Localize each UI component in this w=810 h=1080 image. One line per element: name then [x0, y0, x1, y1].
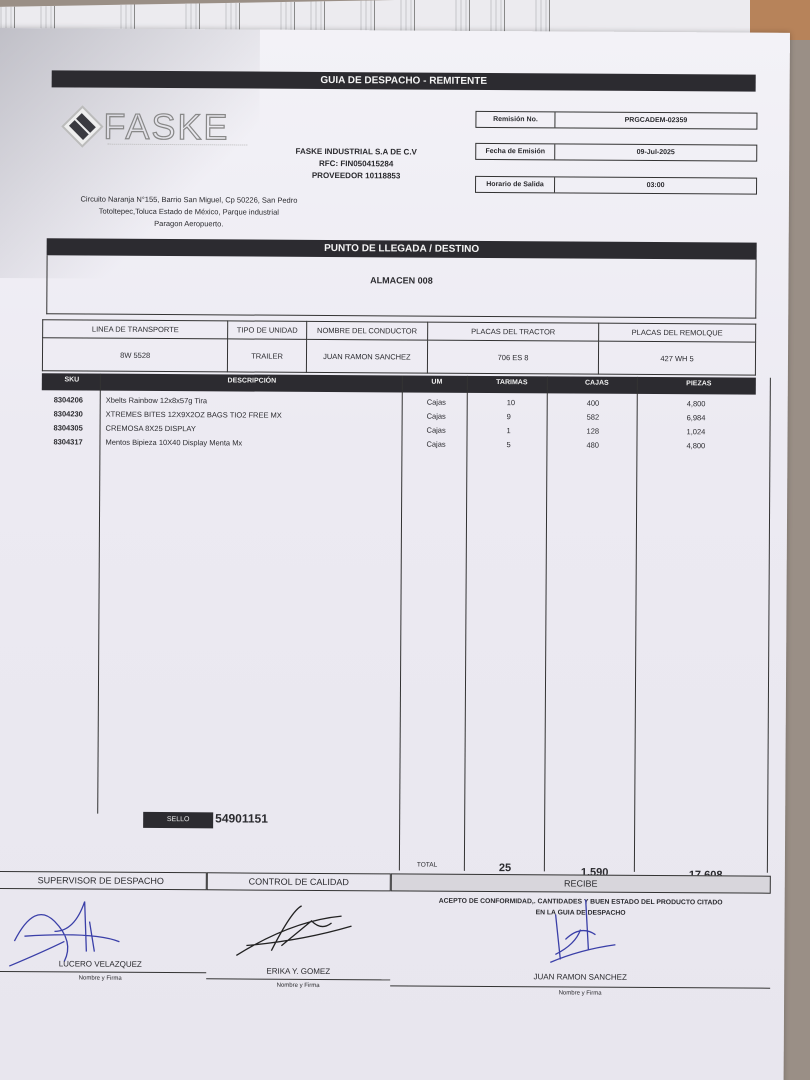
cell-cajas: 400	[587, 399, 600, 408]
cell-um: Cajas	[427, 412, 446, 421]
company-rfc: RFC: FIN050415284	[281, 158, 431, 171]
cell-um: Cajas	[426, 440, 445, 449]
remision-field: Remisión No. PRGCADEM-02359	[475, 111, 757, 130]
cell-desc: CREMOSA 8X25 DISPLAY	[106, 424, 196, 434]
cell-sku: 8304230	[54, 409, 83, 418]
cell-cajas: 480	[586, 441, 599, 450]
transport-header-tractor: PLACAS DEL TRACTOR	[428, 322, 599, 341]
cell-piezas: 6,984	[687, 413, 706, 422]
cell-desc: XTREMES BITES 12X9X2OZ BAGS TIO2 FREE MX	[106, 410, 282, 420]
cell-piezas: 4,800	[686, 441, 705, 450]
transport-remolque: 427 WH 5	[599, 341, 756, 375]
signature-supervisor: SUPERVISOR DE DESPACHO LUCERO VELAZQUEZ …	[0, 871, 207, 992]
cell-tarimas: 9	[507, 412, 511, 421]
company-proveedor: PROVEEDOR 10118853	[281, 170, 431, 183]
cell-cajas: 582	[587, 413, 600, 422]
cell-tarimas: 5	[506, 440, 510, 449]
destination-box: ALMACEN 008	[46, 255, 756, 318]
cell-cajas: 128	[587, 427, 600, 436]
items-table: SKU DESCRIPCIÓN UM TARIMAS CAJAS PIEZAS …	[39, 373, 771, 872]
company-logo: FASKE	[59, 103, 259, 154]
transport-header-linea: LINEA DE TRANSPORTE	[43, 320, 228, 339]
cell-desc: Xbelts Rainbow 12x8x57g Tira	[106, 396, 207, 406]
horario-salida-field: Horario de Salida 03:00	[475, 176, 757, 195]
cell-desc: Mentos Bipieza 10X40 Display Menta Mx	[105, 438, 242, 448]
cell-um: Cajas	[427, 398, 446, 407]
company-name: FASKE INDUSTRIAL S.A DE C.V	[281, 146, 431, 159]
cell-tarimas: 1	[507, 426, 511, 435]
total-tarimas: 25	[499, 862, 511, 874]
fecha-emision-field: Fecha de Emisión 09-Jul-2025	[475, 143, 757, 162]
destination-value: ALMACEN 008	[47, 273, 755, 287]
sello-label: SELLO	[143, 812, 213, 828]
cell-um: Cajas	[427, 426, 446, 435]
dispatch-guide-page: GUIA DE DESPACHO - REMITENTE FASKE FASKE…	[0, 28, 790, 1080]
transport-table: LINEA DE TRANSPORTE TIPO DE UNIDAD NOMBR…	[42, 319, 756, 375]
cell-sku: 8304317	[53, 437, 82, 446]
cell-sku: 8304305	[54, 423, 83, 432]
signature-quality: CONTROL DE CALIDAD ERIKA Y. GOMEZ Nombre…	[206, 872, 391, 993]
signature-receiver: RECIBE ACEPTO DE CONFORMIDAD,. CANTIDADE…	[390, 873, 771, 995]
transport-linea: 8W 5528	[42, 338, 228, 372]
transport-tipo: TRAILER	[228, 339, 307, 372]
items-header: SKU DESCRIPCIÓN UM TARIMAS CAJAS PIEZAS	[42, 373, 756, 394]
cell-sku: 8304206	[54, 395, 83, 404]
transport-header-conductor: NOMBRE DEL CONDUCTOR	[306, 321, 427, 340]
cell-tarimas: 10	[507, 398, 515, 407]
transport-conductor: JUAN RAMON SANCHEZ	[306, 339, 427, 373]
company-info: FASKE INDUSTRIAL S.A DE C.V RFC: FIN0504…	[281, 146, 431, 183]
transport-header-tipo: TIPO DE UNIDAD	[228, 321, 307, 339]
sello-value: 54901151	[215, 811, 268, 825]
document-title: GUIA DE DESPACHO - REMITENTE	[52, 70, 756, 91]
cell-piezas: 4,800	[687, 399, 706, 408]
company-address: Circuito Naranja N°155, Barrio San Migue…	[59, 193, 319, 231]
signature-scribble-icon	[540, 894, 620, 964]
logo-mark-icon	[61, 105, 103, 147]
cell-piezas: 1,024	[687, 427, 706, 436]
signature-scribble-icon	[231, 900, 361, 961]
transport-header-remolque: PLACAS DEL REMOLQUE	[599, 323, 756, 342]
transport-tractor: 706 ES 8	[427, 340, 598, 374]
table-row: 8304317Mentos Bipieza 10X40 Display Ment…	[41, 435, 755, 454]
